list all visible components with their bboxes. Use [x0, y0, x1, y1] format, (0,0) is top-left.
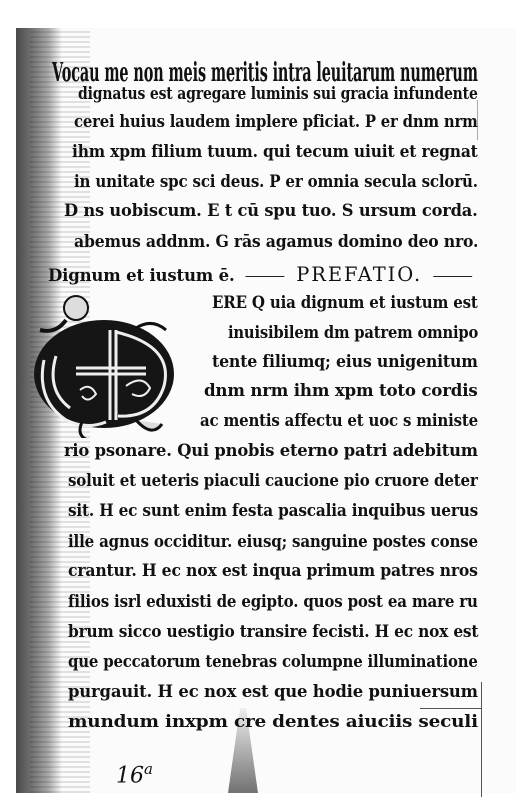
- ruling-line: [420, 708, 482, 709]
- text-line-7: abemus addnm. G rās agamus domino deo nr…: [74, 232, 478, 252]
- text-line-12: dnm nrm ihm xpm toto cordis: [204, 381, 478, 401]
- text-line-6: D ns uobiscum. E t cū spu tuo. S ursum c…: [64, 201, 478, 221]
- text-line-10: inuisibilem dm patrem omnipo: [228, 323, 478, 343]
- text-line-19: filios isrl eduxisti de egipto. quos pos…: [68, 592, 478, 612]
- text-line-2: dignatus est agregare luminis sui gracia…: [78, 84, 478, 104]
- text-line-8: Dignum et iustum ē. PREFATIO.: [48, 262, 478, 286]
- text-line-3: cerei huius laudem implere pficiat. P er…: [74, 112, 478, 132]
- closing-response: Dignum et iustum ē.: [48, 266, 235, 286]
- text-line-16: sit. H ec sunt enim festa pascalia inqui…: [68, 501, 478, 521]
- text-line-18: crantur. H ec nox est inqua primum patre…: [68, 561, 478, 581]
- text-line-14: rio psonare. Qui pnobis eterno patri ade…: [64, 441, 478, 461]
- illuminated-initial-icon: [26, 290, 176, 438]
- folio-number-digits: 16: [116, 763, 144, 788]
- text-line-9: ERE Q uia dignum et iustum est: [212, 293, 478, 313]
- dash-rule: [434, 276, 473, 277]
- text-line-23: mundum inxpm cre dentes aiuciis seculi: [68, 712, 478, 732]
- text-line-17: ille agnus occiditur. eiusq; sanguine po…: [68, 532, 478, 552]
- dash-rule: [246, 276, 285, 277]
- text-line-13: ac mentis affectu et uoc s ministe: [200, 411, 478, 431]
- ruling-line: [481, 682, 482, 797]
- manuscript-page: Vocau me non meis meritis intra leuitaru…: [0, 0, 529, 800]
- text-line-5: in unitate spc sci deus. P er omnia secu…: [74, 172, 478, 192]
- prefatio-heading: PREFATIO.: [296, 262, 422, 286]
- folio-side-letter: a: [144, 760, 153, 778]
- text-line-22: purgauit. H ec nox est que hodie puniuer…: [68, 682, 478, 702]
- text-line-4: ihm xpm filium tuum. qui tecum uiuit et …: [72, 142, 478, 162]
- folio-number: 16a: [116, 760, 153, 788]
- text-line-20: brum sicco uestigio transire fecisti. H …: [68, 622, 478, 642]
- text-line-15: soluit et ueteris piaculi caucione pio c…: [68, 471, 478, 491]
- text-line-11: tente filiumq; eius unigenitum: [212, 352, 478, 372]
- text-line-21: que peccatorum tenebras columpne illumin…: [68, 652, 478, 672]
